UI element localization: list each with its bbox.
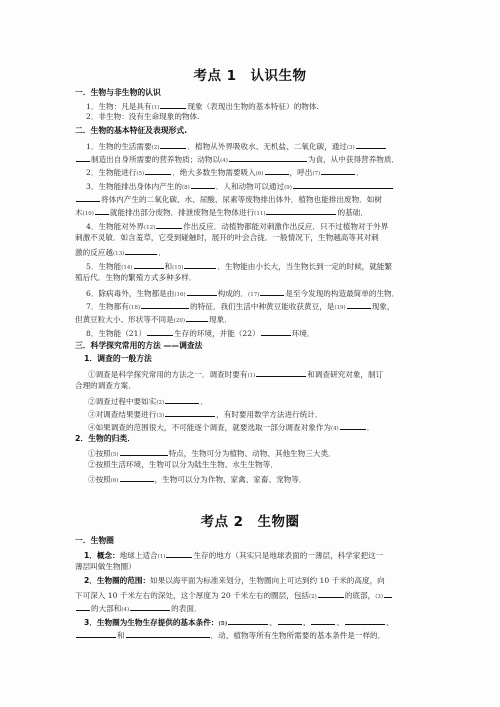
section2-title-text: 生物圈: [258, 514, 300, 530]
blank-s2-3-cont[interactable]: [76, 602, 90, 611]
blank-5[interactable]: [145, 166, 171, 175]
heading-1-1: 一．生物与非生物的认识: [75, 88, 161, 98]
section1-title-num: 考点 1: [193, 68, 236, 84]
blank-9[interactable]: [293, 180, 393, 189]
item-2-3-cont: 将体内产生的二氧化碳、水、尿酸、尿素等废物排出体外．植物也能排出废物．如树: [75, 193, 382, 205]
section1-title-text: 认识生物: [251, 68, 307, 84]
blank-s2-5a[interactable]: [228, 616, 268, 625]
item-2-3-cont2: 木(10)就能排出部分废物．排泄废物是生物体进行(11)的基础．: [75, 206, 368, 219]
item-s2-2: 2．生物圈的范围：如果以海平面为标准来划分，生物圈向上可达到约 10 千米的高度…: [84, 576, 385, 586]
item-3-6: ②按照生活环境，生物可以分为陆生生物、水生生物等．: [88, 460, 278, 470]
blank-9-cont[interactable]: [76, 193, 100, 202]
item-2-2: 2．生物能进行(5)．绝大多数生物需要吸入(6)，呼出(7)．: [86, 166, 364, 179]
item-2-3: 3．生物能排出身体内产生的(8)．人和动物可以通过(9): [86, 180, 394, 193]
blank-s2-5c[interactable]: [311, 616, 335, 625]
item-s2-3-cont: 和．动、植物等所有生物所需要的基本条件是一样的．: [75, 629, 385, 641]
item-3-5: ①按照(5)特点，生物可分为植物、动物、其他生物三大类．: [88, 447, 336, 460]
blank-s3-5[interactable]: [120, 447, 168, 456]
item-2-5-cont: 殖后代．生物的繁殖方式多种多样．: [75, 273, 197, 283]
blank-18[interactable]: [141, 300, 189, 309]
item-2-6: 6．除病毒外，生物都是由(16)构成的．(17)是至今发现的构造最简单的生物．: [86, 287, 399, 300]
item-2-1-cont: 制造出自身所需要的营养物质；动物以(4)为食，从中获得营养物质．: [75, 153, 399, 166]
section2-title-num: 考点 2: [200, 514, 243, 530]
section1-title: 考点 1认识生物: [0, 64, 500, 84]
item-2-7: 7．生物都有(18)的特征．我们生活中种黄豆能收获黄豆，是(19)现象，: [86, 300, 394, 313]
item-2-7-cont: 但黄豆粒大小、形状等不同是(20)现象．: [75, 313, 232, 326]
blank-s2-5e[interactable]: [76, 629, 116, 638]
item-3-7: ③按照(6)，生物可以分为作物、家禽、家畜、宠物等．: [88, 473, 306, 486]
item-s2-2-cont2: 的大部和(4)的表面．: [75, 602, 202, 615]
item-2-5: 5．生物能(14)和(15)．生物能由小长大，当生物长到一定的时候，就能繁: [86, 260, 392, 273]
blank-7[interactable]: [321, 166, 355, 175]
blank-2[interactable]: [160, 140, 186, 149]
blank-10[interactable]: [95, 206, 109, 215]
blank-22[interactable]: [261, 327, 291, 336]
blank-s2-5f[interactable]: [126, 629, 210, 638]
item-s2-1-cont: 薄层叫做生物圈）: [75, 562, 136, 572]
worksheet-page: 考点 1认识生物 一．生物与非生物的认识 1．生物：凡是具有(1)现象（表现出生…: [0, 0, 500, 707]
blank-s2-3[interactable]: [384, 589, 392, 598]
item-2-8: 8．生物能（21）生存的环境，并能（22）环境．: [86, 327, 314, 339]
blank-6[interactable]: [265, 166, 289, 175]
blank-11[interactable]: [266, 206, 336, 215]
item-2-4-cont: 刺激不灵敏．如含羞草，它受到碰触时，展开的叶会合拢．一般情况下，生物越高等其对刺: [75, 233, 379, 243]
blank-s2-1[interactable]: [166, 549, 192, 558]
heading-1-3: 三．科学探究常用的方法 ——调查法: [75, 341, 202, 351]
blank-s3-3[interactable]: [165, 408, 215, 417]
item-s2-1: 1．概念：地球上适合(1)生存的地方（其实只是地球表面的一薄层，科学家把这一: [84, 549, 383, 562]
heading-1-2: 二．生物的基本特征及表现形式.: [75, 126, 187, 136]
blank-s3-2[interactable]: [165, 395, 199, 404]
blank-s2-5d[interactable]: [345, 616, 385, 625]
blank-s2-5b[interactable]: [278, 616, 302, 625]
section2-title: 考点 2生物圈: [0, 510, 500, 530]
subheading-3-2: 2．生物的归类．: [75, 434, 135, 444]
item-2-4-cont2: 激的反应越(13)．: [75, 246, 166, 259]
blank-17[interactable]: [260, 287, 284, 296]
blank-s3-1[interactable]: [256, 368, 306, 377]
blank-14[interactable]: [134, 260, 164, 269]
item-2-4: 4．生物能对外界(12)作出反应．动植物都能对刺激作出反应．只不过植物对于外界: [86, 220, 388, 233]
item-1-2: 2．非生物：没有生命现象的物体.: [86, 112, 200, 122]
item-3-1: ①调查是科学探究常用的方法之一．调查时要有(1)和调查研究对象，制订: [88, 368, 383, 381]
blank-19[interactable]: [347, 300, 371, 309]
blank-16[interactable]: [187, 287, 217, 296]
blank-13[interactable]: [125, 246, 157, 255]
blank-s2-2[interactable]: [318, 589, 344, 598]
blank-3-cont[interactable]: [76, 153, 90, 162]
item-2-1: 1．生物的生活需要(2)．植物从外界吸收水、无机盐、二氧化碳，通过(3): [86, 140, 387, 153]
blank-15[interactable]: [184, 260, 216, 269]
blank-s3-6[interactable]: [120, 473, 154, 482]
blank-1[interactable]: [160, 100, 186, 109]
blank-21[interactable]: [147, 327, 173, 336]
item-3-4: ④如果调查的范围很大，不可能逐个调查，就要选取一部分调查对象作为(4)．: [88, 421, 374, 434]
item-s2-2-cont: 下可深入 10 千米左右的深处，这个厚度为 20 千米左右的圈层，包括(2)的底…: [75, 589, 393, 602]
item-3-3: ③对调查结果要进行(3)，有时要用数学方法进行统计．: [88, 408, 322, 421]
blank-20[interactable]: [186, 313, 208, 322]
item-3-2: ②调查过程中要如实(2)．: [88, 395, 208, 408]
blank-12[interactable]: [156, 220, 182, 229]
blank-3[interactable]: [356, 140, 386, 149]
blank-4[interactable]: [229, 153, 307, 162]
subheading-3-1: 1．调查的一般方法: [84, 354, 152, 364]
item-3-1-cont: 合理的调查方案．: [75, 381, 136, 391]
blank-s3-4[interactable]: [340, 421, 366, 430]
blank-8[interactable]: [191, 180, 215, 189]
item-s2-3: 3．生物圈为生物生存提供的基本条件：(5)、、、、: [84, 616, 394, 629]
blank-s2-4[interactable]: [130, 602, 170, 611]
heading-2-1: 一．生物圈: [75, 536, 114, 546]
